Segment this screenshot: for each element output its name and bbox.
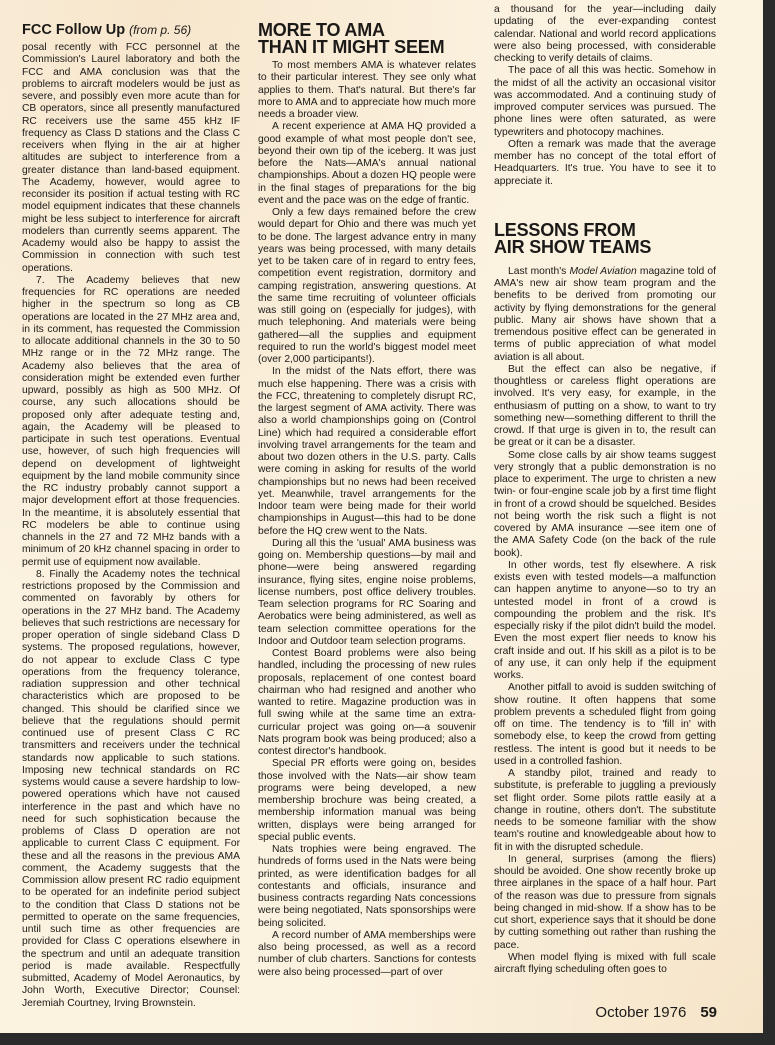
paragraph: The pace of all this was hectic. Somehow… <box>494 65 716 139</box>
column-fcc-follow-up: FCC Follow Up(from p. 56) posal recently… <box>22 22 240 1010</box>
paragraph: In general, surprises (among the fliers)… <box>494 854 716 952</box>
article-title: LESSONS FROM AIR SHOW TEAMS <box>494 222 716 256</box>
article-title: MORE TO AMA THAN IT MIGHT SEEM <box>258 22 476 56</box>
issue-date: October 1976 <box>595 1004 686 1021</box>
paragraph: a thousand for the year—including daily … <box>494 4 716 65</box>
paragraph: In other words, test fly elsewhere. A ri… <box>494 560 716 683</box>
paragraph: During all this the 'usual' AMA business… <box>258 538 476 648</box>
intro-paragraph: Last month's Model Aviation magazine tol… <box>494 266 716 364</box>
paragraph: A standby pilot, trained and ready to su… <box>494 768 716 854</box>
paragraph: 8. Finally the Academy notes the technic… <box>22 569 240 1010</box>
intro-text: Last month's <box>508 266 569 277</box>
page-footer: October 197659 <box>595 1004 717 1021</box>
title-line: AIR SHOW TEAMS <box>494 239 716 256</box>
paragraph: Often a remark was made that the average… <box>494 139 716 188</box>
fcc-follow-up-header: FCC Follow Up(from p. 56) <box>22 22 240 38</box>
column-more-to-ama: MORE TO AMA THAN IT MIGHT SEEM To most m… <box>258 22 476 979</box>
paragraph: 7. The Academy believes that new frequen… <box>22 275 240 569</box>
header-continuation-note: (from p. 56) <box>129 23 191 37</box>
intro-text: magazine told of AMA's new air show team… <box>494 266 716 363</box>
paragraph: posal recently with FCC personnel at the… <box>22 42 240 275</box>
section-spacer <box>494 188 716 222</box>
paragraph: But the effect can also be negative, if … <box>494 364 716 450</box>
paragraph: Nats trophies were being engraved. The h… <box>258 844 476 930</box>
paragraph: A recent experience at AMA HQ provided a… <box>258 121 476 207</box>
page-number: 59 <box>700 1004 717 1021</box>
paragraph: Another pitfall to avoid is sudden switc… <box>494 682 716 768</box>
paragraph: Contest Board problems were also being h… <box>258 648 476 758</box>
paragraph: In the midst of the Nats effort, there w… <box>258 366 476 538</box>
header-title: FCC Follow Up <box>22 22 125 38</box>
magazine-page: FCC Follow Up(from p. 56) posal recently… <box>0 0 763 1033</box>
paragraph: A record number of AMA memberships were … <box>258 930 476 979</box>
paragraph: Special PR efforts were going on, beside… <box>258 758 476 844</box>
magazine-name: Model Aviation <box>569 266 636 277</box>
paragraph: Some close calls by air show teams sugge… <box>494 450 716 560</box>
paragraph: When model flying is mixed with full sca… <box>494 952 716 977</box>
paragraph: To most members AMA is whatever relates … <box>258 60 476 121</box>
column-lessons-air-show: a thousand for the year—including daily … <box>494 4 716 976</box>
title-line: THAN IT MIGHT SEEM <box>258 39 476 56</box>
paragraph: Only a few days remained before the crew… <box>258 207 476 366</box>
